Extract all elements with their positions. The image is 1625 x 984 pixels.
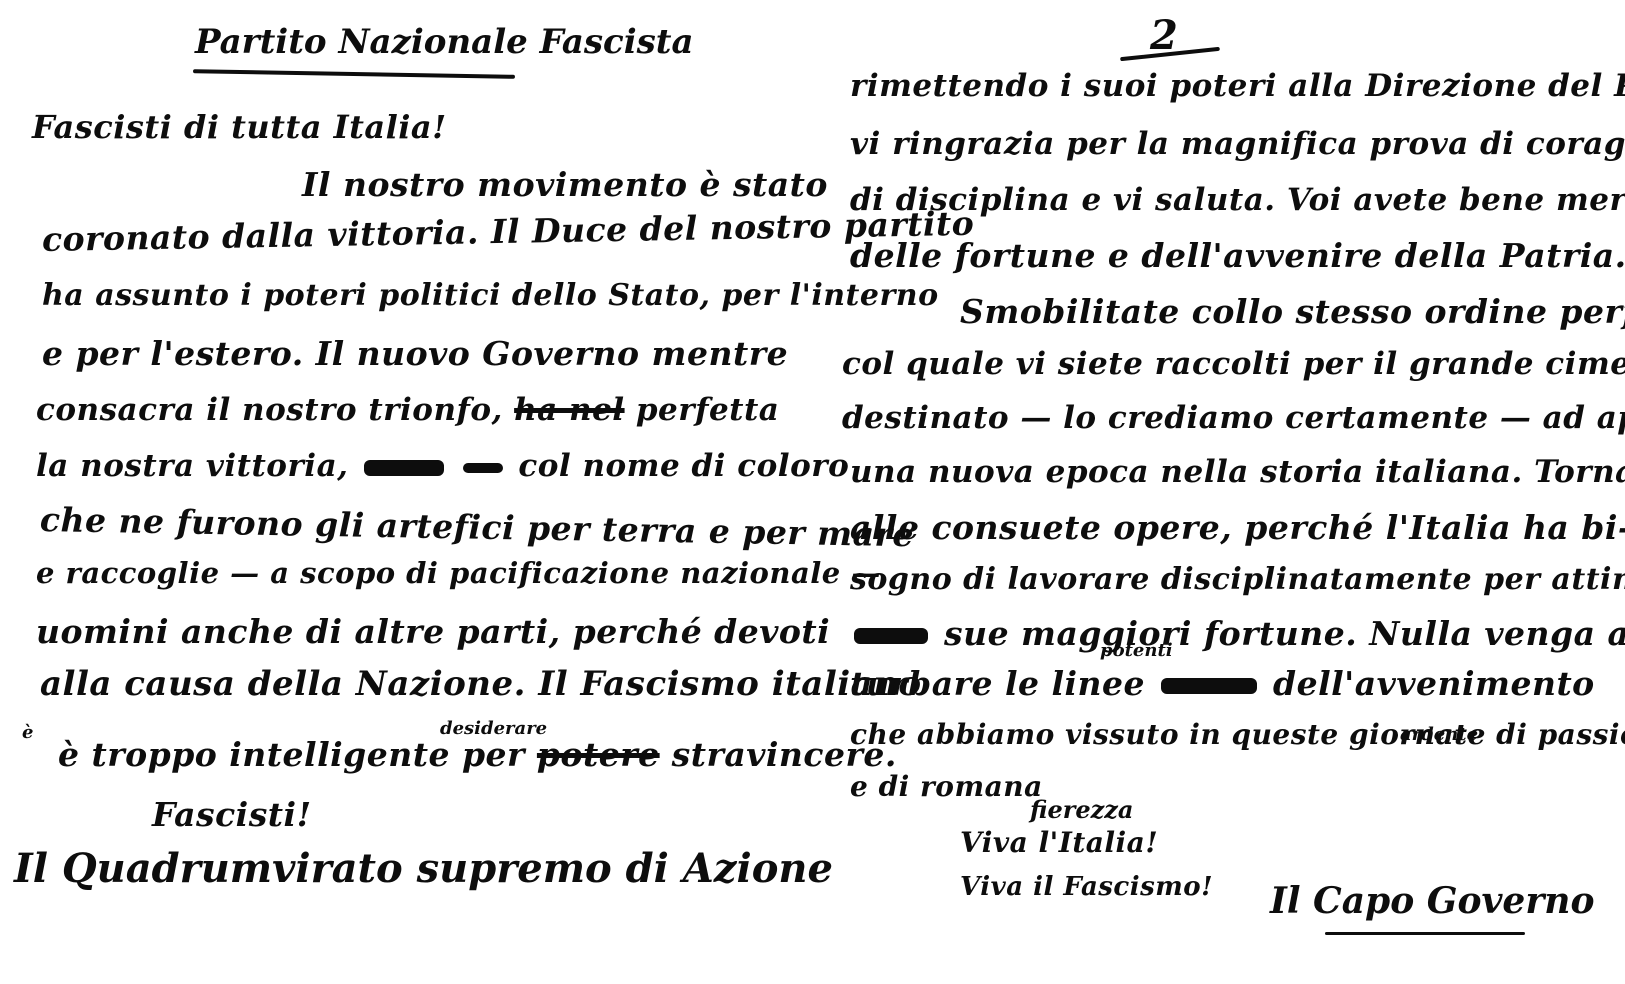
ink-blot <box>1161 678 1257 694</box>
closing-line-2: Viva il Fascismo! <box>960 872 1213 902</box>
salutation: Fascisti di tutta Italia! <box>32 108 447 146</box>
body-line-6-tail: col nome di coloro <box>518 448 849 484</box>
signature: Il Capo Governo <box>1270 880 1594 922</box>
interlinear-insertion: desiderare <box>440 718 547 739</box>
body-line-12-text: turbare le linee <box>850 664 1145 703</box>
body-line-1: rimettendo i suoi poteri alla Direzione … <box>850 68 1625 104</box>
body-line-14: e di romana <box>850 770 1043 803</box>
body-line-9: uomini anche di altre parti, perché devo… <box>36 612 830 651</box>
body-line-8: una nuova epoca nella storia italiana. T… <box>850 454 1625 490</box>
interlinear-insertion: potenti <box>1100 640 1173 661</box>
body-line-2: vi ringrazia per la magnifica prova di c… <box>850 126 1625 162</box>
body-line-1: Il nostro movimento è stato <box>302 165 828 204</box>
body-line-6-text: la nostra vittoria, <box>36 448 348 484</box>
body-line-7: che ne furono gli artefici per terra e p… <box>40 500 915 554</box>
signature: Il Quadrumvirato supremo di Azione <box>14 845 833 892</box>
body-line-11: sue maggiori fortune. Nulla venga a <box>850 614 1625 653</box>
body-line-6: col quale vi siete raccolti per il grand… <box>842 346 1625 382</box>
margin-insertion: è <box>22 722 33 743</box>
body-line-12: turbare le linee dell'avvenimento <box>850 664 1595 703</box>
closing-line-1: Viva l'Italia! <box>960 826 1158 859</box>
struck-text: ha nel <box>514 392 624 428</box>
body-line-4: e per l'estero. Il nuovo Governo mentre <box>42 334 788 373</box>
body-line-10: alla causa della Nazione. Il Fascismo it… <box>40 664 922 704</box>
body-line-6: la nostra vittoria, col nome di coloro <box>36 448 849 484</box>
closing-exclamation: Fascisti! <box>152 795 312 834</box>
ink-blot <box>854 628 928 644</box>
body-line-11: è troppo intelligente per potere stravin… <box>58 735 897 774</box>
manuscript-page-2: 2 rimettendo i suoi poteri alla Direzion… <box>820 0 1620 984</box>
manuscript-page-1: Partito Nazionale Fascista Fascisti di t… <box>0 0 800 984</box>
ink-blot <box>463 463 503 473</box>
body-line-7: destinato — lo crediamo certamente — ad … <box>842 400 1625 436</box>
body-line-5: consacra il nostro trionfo, ha nel perfe… <box>36 392 779 428</box>
body-line-3: di disciplina e vi saluta. Voi avete ben… <box>850 182 1625 218</box>
body-line-11-text: è troppo intelligente per <box>58 735 525 774</box>
ink-blot <box>364 460 444 476</box>
body-line-5-text: consacra il nostro trionfo, <box>36 392 503 428</box>
body-line-4: delle fortune e dell'avvenire della Patr… <box>850 236 1625 275</box>
body-line-10: sogno di lavorare disciplinatamente per … <box>850 562 1625 597</box>
body-line-9: alle consuete opere, perché l'Italia ha … <box>850 508 1625 547</box>
page-heading: Partito Nazionale Fascista <box>195 22 694 62</box>
body-line-5-tail: perfetta <box>636 392 780 428</box>
body-line-11-text: sue maggiori fortune. Nulla venga a <box>944 614 1625 653</box>
body-line-3: ha assunto i poteri politici dello Stato… <box>42 278 939 313</box>
body-line-12-tail: dell'avvenimento <box>1273 664 1595 703</box>
interlinear-insertion: fierezza <box>1030 795 1133 824</box>
signature-underline <box>1325 932 1525 935</box>
heading-underline <box>193 69 515 79</box>
body-line-8: e raccoglie — a scopo di pacificazione n… <box>36 556 881 590</box>
body-line-5: Smobilitate collo stesso ordine perfetto <box>960 292 1625 331</box>
body-line-13: che abbiamo vissuto in queste giornate d… <box>850 718 1625 751</box>
struck-text: potere <box>537 735 660 774</box>
